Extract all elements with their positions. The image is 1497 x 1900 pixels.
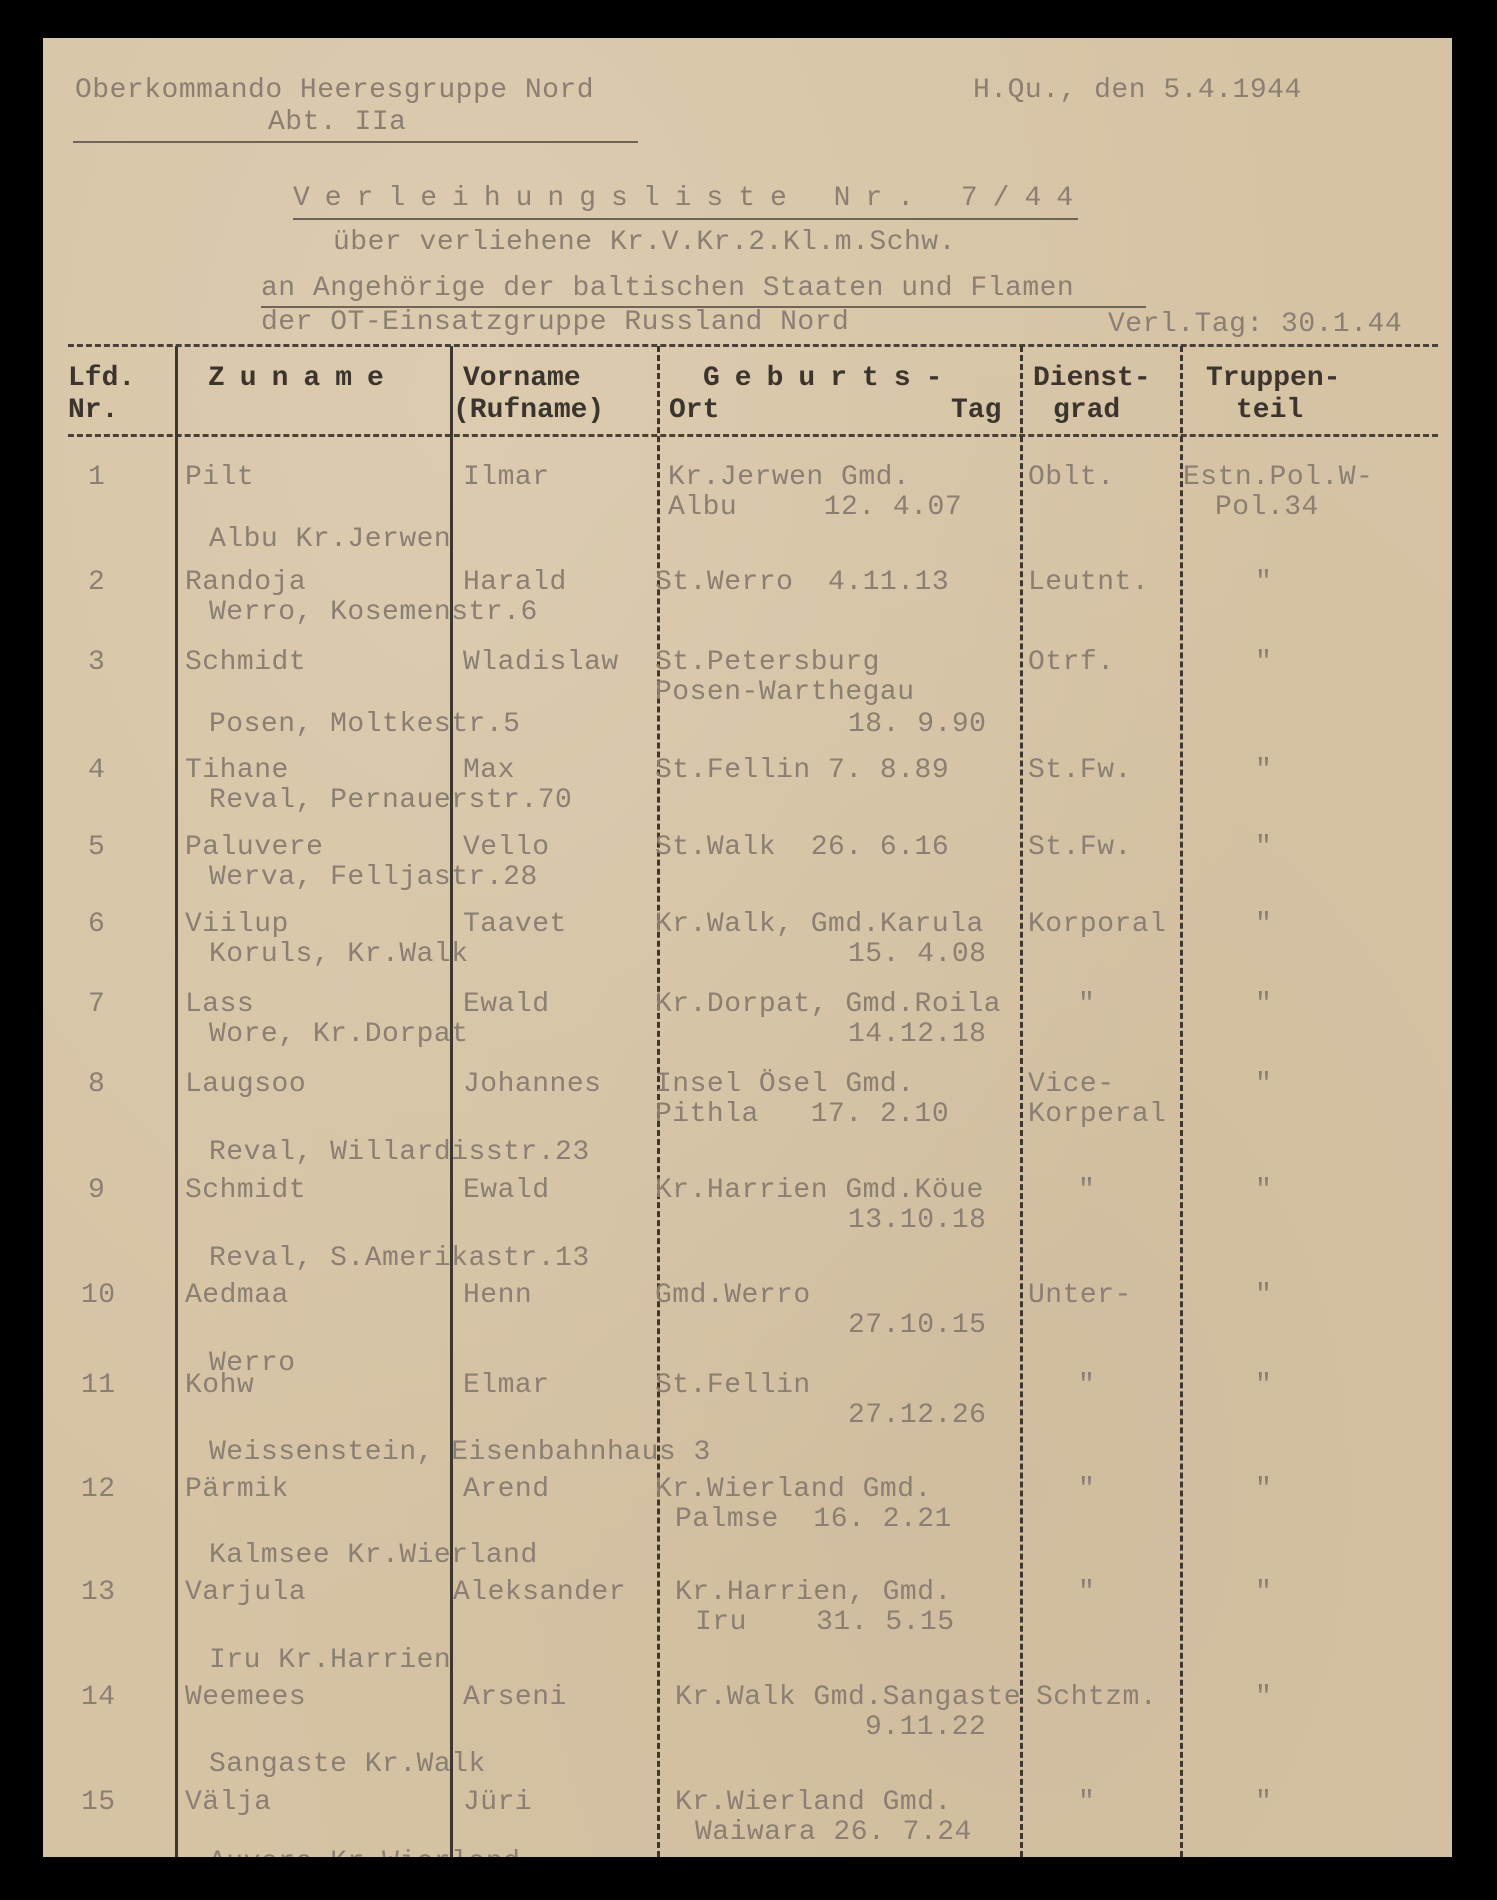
row-surname: Weemees: [185, 1683, 306, 1713]
row-rank-2: Korperal: [1028, 1100, 1166, 1130]
row-unit-1: ": [1255, 1475, 1272, 1505]
place-date: H.Qu., den 5.4.1944: [973, 76, 1302, 106]
row-unit-1: ": [1255, 568, 1272, 598]
row-nr: 12: [81, 1475, 116, 1505]
subtitle-2: an Angehörige der baltischen Staaten und…: [261, 274, 1074, 304]
row-surname: Aedmaa: [185, 1281, 289, 1311]
row-surname: Randoja: [185, 568, 306, 598]
row-nr: 6: [88, 910, 105, 940]
header-bottom-rule: [68, 434, 1438, 437]
row-surname: Paluvere: [185, 833, 323, 863]
letterhead-underline: [73, 141, 638, 143]
row-firstname: Elmar: [463, 1371, 550, 1401]
header-firstname-2: (Rufname): [453, 395, 604, 427]
row-surname: Lass: [185, 990, 254, 1020]
row-birth-1: Insel Ösel Gmd.: [655, 1070, 915, 1100]
column-divider-2: [450, 346, 453, 1857]
row-address: Posen, Moltkestr.5: [209, 710, 520, 740]
row-nr: 10: [81, 1281, 116, 1311]
row-address: Iru Kr.Harrien: [209, 1646, 451, 1676]
row-birth-1: Kr.Harrien Gmd.Köue: [655, 1176, 984, 1206]
row-birth-1: Kr.Wierland Gmd.: [655, 1475, 932, 1505]
row-birth-2: Posen-Warthegau: [655, 678, 915, 708]
row-unit-1: ": [1255, 1281, 1272, 1311]
row-unit-1: ": [1255, 1070, 1272, 1100]
row-firstname: Wladislaw: [463, 648, 619, 678]
row-address: Reval, S.Amerikastr.13: [209, 1244, 590, 1274]
row-nr: 14: [81, 1683, 116, 1713]
row-surname: Pilt: [185, 463, 254, 493]
row-rank: Leutnt.: [1028, 568, 1149, 598]
header-rank-1: Dienst-: [1033, 363, 1151, 395]
row-nr: 1: [88, 463, 105, 493]
row-address: Wore, Kr.Dorpat: [209, 1020, 469, 1050]
row-birth-1: St.Werro 4.11.13: [655, 568, 949, 598]
row-unit-1: ": [1255, 1788, 1272, 1818]
row-firstname: Arseni: [463, 1683, 567, 1713]
row-nr: 9: [88, 1176, 105, 1206]
row-rank: ": [1078, 1788, 1095, 1818]
row-birth-2: 14.12.18: [848, 1020, 986, 1050]
row-firstname: Jüri: [463, 1788, 532, 1818]
row-unit-1: ": [1255, 1371, 1272, 1401]
row-rank: St.Fw.: [1028, 833, 1132, 863]
row-firstname: Ewald: [463, 990, 550, 1020]
row-birth-3: 18. 9.90: [848, 710, 986, 740]
row-nr: 8: [88, 1070, 105, 1100]
row-birth-1: Kr.Wierland Gmd.: [675, 1788, 952, 1818]
row-rank: Unter-: [1028, 1281, 1132, 1311]
row-firstname: Johannes: [463, 1070, 601, 1100]
row-birth-1: St.Fellin: [655, 1371, 811, 1401]
row-address: Albu Kr.Jerwen: [209, 525, 451, 555]
row-birth-2: Palmse 16. 2.21: [675, 1505, 952, 1535]
row-birth-2: 27.10.15: [848, 1311, 986, 1341]
row-unit-1: ": [1255, 833, 1272, 863]
row-nr: 4: [88, 756, 105, 786]
header-rank-2: grad: [1053, 395, 1120, 427]
row-surname: Kohw: [185, 1371, 254, 1401]
document-title: Verleihungsliste Nr. 7/44: [293, 184, 1088, 214]
row-address: Reval, Willardisstr.23: [209, 1138, 590, 1168]
row-address: Weissenstein, Eisenbahnhaus 3: [209, 1438, 711, 1468]
row-rank: ": [1078, 1371, 1095, 1401]
row-nr: 15: [81, 1788, 116, 1818]
row-birth-2: 15. 4.08: [848, 940, 986, 970]
award-date: Verl.Tag: 30.1.44: [1108, 310, 1402, 340]
row-nr: 5: [88, 833, 105, 863]
row-address: Werva, Felljastr.28: [209, 863, 538, 893]
row-surname: Laugsoo: [185, 1070, 306, 1100]
row-surname: Schmidt: [185, 1176, 306, 1206]
row-unit-1: ": [1255, 910, 1272, 940]
row-birth-2: Waiwara 26. 7.24: [695, 1818, 972, 1848]
row-firstname: Arend: [463, 1475, 550, 1505]
row-firstname: Vello: [463, 833, 550, 863]
row-birth-2: Albu 12. 4.07: [668, 493, 962, 523]
row-unit-1: ": [1255, 1683, 1272, 1713]
row-address: Kalmsee Kr.Wierland: [209, 1541, 538, 1571]
row-birth-1: Gmd.Werro: [655, 1281, 811, 1311]
row-surname: Varjula: [185, 1578, 306, 1608]
row-address: Reval, Pernauerstr.70: [209, 786, 572, 816]
row-nr: 2: [88, 568, 105, 598]
header-nr-1: Lfd.: [68, 363, 135, 395]
org-line-2: Abt. IIa: [268, 108, 406, 138]
row-unit-1: ": [1255, 1176, 1272, 1206]
header-unit-1: Truppen-: [1206, 363, 1340, 395]
table-top-rule: [68, 344, 1438, 347]
row-birth-2: 13.10.18: [848, 1206, 986, 1236]
column-divider-1: [175, 346, 178, 1857]
row-rank: ": [1078, 990, 1095, 1020]
row-firstname: Ewald: [463, 1176, 550, 1206]
row-firstname: Henn: [463, 1281, 532, 1311]
subtitle-3: der OT-Einsatzgruppe Russland Nord: [261, 308, 849, 338]
row-surname: Viilup: [185, 910, 289, 940]
row-address: Koruls, Kr.Walk: [209, 940, 469, 970]
row-rank: ": [1078, 1578, 1095, 1608]
row-rank: St.Fw.: [1028, 756, 1132, 786]
title-underline: [293, 218, 1078, 220]
row-nr: 13: [81, 1578, 116, 1608]
row-birth-1: Kr.Walk Gmd.Sangaste: [675, 1683, 1021, 1713]
row-unit-1: ": [1255, 648, 1272, 678]
row-firstname: Harald: [463, 568, 567, 598]
row-nr: 7: [88, 990, 105, 1020]
row-unit-1: ": [1255, 990, 1272, 1020]
row-address: Sangaste Kr.Walk: [209, 1750, 486, 1780]
document-page: Oberkommando Heeresgruppe Nord Abt. IIa …: [43, 38, 1452, 1857]
row-nr: 3: [88, 648, 105, 678]
row-birth-2: 27.12.26: [848, 1401, 986, 1431]
row-surname: Schmidt: [185, 648, 306, 678]
row-unit-2: Pol.34: [1215, 493, 1319, 523]
header-birth: Geburts-: [703, 363, 957, 395]
row-rank: Schtzm.: [1036, 1683, 1157, 1713]
row-surname: Pärmik: [185, 1475, 289, 1505]
row-rank: ": [1078, 1475, 1095, 1505]
header-nr-2: Nr.: [68, 395, 118, 427]
row-firstname: Aleksander: [453, 1578, 626, 1608]
header-birth-place: Ort: [669, 395, 719, 427]
row-firstname: Max: [463, 756, 515, 786]
header-firstname-1: Vorname: [463, 363, 581, 395]
row-birth-2: Iru 31. 5.15: [695, 1608, 955, 1638]
row-birth-1: St.Petersburg: [655, 648, 880, 678]
row-rank: Otrf.: [1028, 648, 1115, 678]
row-birth-2: Pithla 17. 2.10: [655, 1100, 949, 1130]
row-birth-1: St.Fellin 7. 8.89: [655, 756, 949, 786]
row-address: Werro, Kosemenstr.6: [209, 598, 538, 628]
org-line-1: Oberkommando Heeresgruppe Nord: [75, 76, 594, 106]
header-birth-day: Tag: [951, 395, 1001, 427]
row-birth-1: Kr.Jerwen Gmd.: [668, 463, 910, 493]
subtitle-1: über verliehene Kr.V.Kr.2.Kl.m.Schw.: [333, 228, 956, 258]
row-birth-2: 9.11.22: [865, 1713, 986, 1743]
row-rank: Oblt.: [1028, 463, 1115, 493]
row-nr: 11: [81, 1371, 116, 1401]
row-birth-1: Kr.Dorpat, Gmd.Roila: [655, 990, 1001, 1020]
row-birth-1: Kr.Harrien, Gmd.: [675, 1578, 952, 1608]
header-surname: Zuname: [208, 363, 399, 395]
row-rank: Korporal: [1028, 910, 1166, 940]
row-unit-1: ": [1255, 756, 1272, 786]
header-unit-2: teil: [1236, 395, 1303, 427]
row-unit-1: Estn.Pol.W-: [1183, 463, 1373, 493]
row-rank: ": [1078, 1176, 1095, 1206]
row-surname: Välja: [185, 1788, 272, 1818]
row-birth-1: St.Walk 26. 6.16: [655, 833, 949, 863]
row-firstname: Taavet: [463, 910, 567, 940]
row-surname: Tihane: [185, 756, 289, 786]
row-birth-1: Kr.Walk, Gmd.Karula: [655, 910, 984, 940]
row-unit-1: ": [1255, 1578, 1272, 1608]
row-rank-1: Vice-: [1028, 1070, 1115, 1100]
row-firstname: Ilmar: [463, 463, 550, 493]
column-divider-5: [1180, 346, 1183, 1857]
column-divider-4: [1020, 346, 1023, 1857]
row-address: Auvere Kr.Wierland: [209, 1848, 520, 1857]
